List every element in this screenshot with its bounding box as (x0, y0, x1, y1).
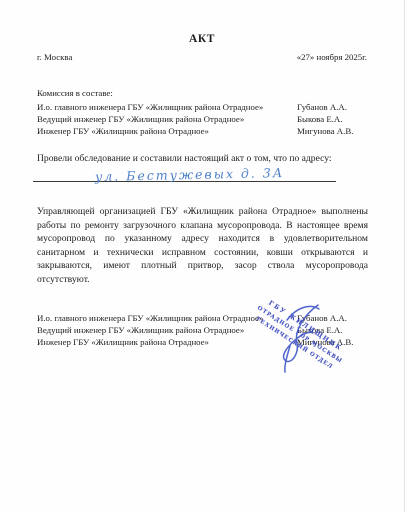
signature-role: Ведущий инженер ГБУ «Жилищник района Отр… (37, 324, 297, 336)
act-document-page: АКТ г. Москва «27» ноября 2025г. Комисси… (0, 0, 405, 512)
signature-name: Губанов А.А. (297, 312, 367, 324)
address-blank-line: ул. Бестужевых д. 3А (33, 167, 336, 182)
act-body-paragraph: Управляющей организацией ГБУ «Жилищник р… (37, 205, 368, 287)
signature-row: Ведущий инженер ГБУ «Жилищник района Отр… (37, 324, 367, 336)
commission-heading: Комиссия в составе: (37, 88, 113, 98)
document-date: «27» ноября 2025г. (297, 52, 367, 62)
survey-statement: Провели обследование и составили настоящ… (37, 153, 374, 164)
signature-row: И.о. главного инженера ГБУ «Жилищник рай… (37, 312, 367, 324)
commission-list: И.о. главного инженера ГБУ «Жилищник рай… (37, 101, 367, 137)
signature-name: Мигунова А.В. (297, 336, 367, 348)
commission-row: Ведущий инженер ГБУ «Жилищник района Отр… (37, 113, 367, 125)
commission-role: Инженер ГБУ «Жилищник района Отрадное» (37, 125, 297, 137)
commission-name: Мигунова А.В. (297, 125, 367, 137)
signature-role: И.о. главного инженера ГБУ «Жилищник рай… (37, 312, 297, 324)
commission-row: Инженер ГБУ «Жилищник района Отрадное» М… (37, 125, 367, 137)
signature-name: Быкова Е.А. (297, 324, 367, 336)
commission-name: Губанов А.А. (297, 101, 367, 113)
signature-role: Инженер ГБУ «Жилищник района Отрадное» (37, 336, 297, 348)
commission-name: Быкова Е.А. (297, 113, 367, 125)
commission-role: Ведущий инженер ГБУ «Жилищник района Отр… (37, 113, 297, 125)
document-city: г. Москва (37, 52, 72, 62)
signature-row: Инженер ГБУ «Жилищник района Отрадное» М… (37, 336, 367, 348)
signature-list: И.о. главного инженера ГБУ «Жилищник рай… (37, 312, 367, 348)
handwritten-address: ул. Бестужевых д. 3А (95, 165, 284, 184)
commission-row: И.о. главного инженера ГБУ «Жилищник рай… (37, 101, 367, 113)
document-title: АКТ (0, 33, 404, 45)
commission-role: И.о. главного инженера ГБУ «Жилищник рай… (37, 101, 297, 113)
meta-row: г. Москва «27» ноября 2025г. (37, 52, 367, 62)
